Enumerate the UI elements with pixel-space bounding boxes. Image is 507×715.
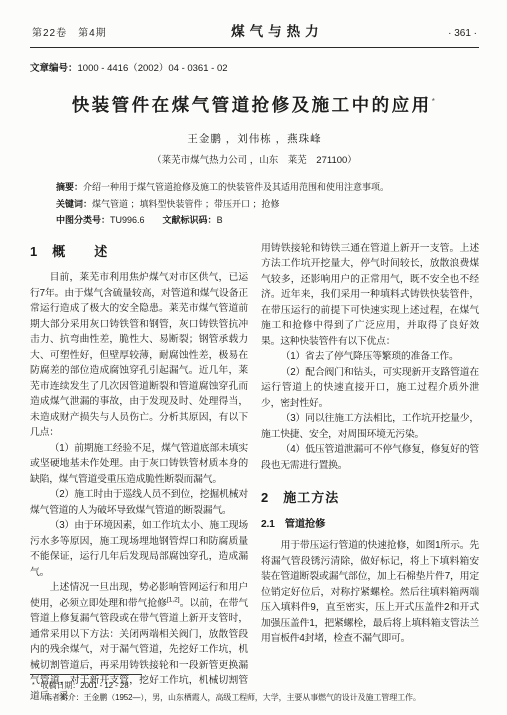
- footnote-divider: [30, 674, 142, 675]
- received-date-text: 收稿日期：2001 - 12 - 28: [41, 681, 129, 690]
- advantage-item-1: （1）省去了停气降压等繁琐的准备工作。: [261, 349, 479, 365]
- right-column: 用铸铁接轮和铸铁三通在管道上新开一支管。上述方法工作坑开挖量大，停气时间较长，放…: [261, 241, 479, 705]
- keywords-label: 关键词：: [56, 199, 92, 209]
- affiliation-line: （莱芜市煤气热力公司 ，山东 莱芜 271100）: [30, 152, 479, 166]
- doc-code-label: 文献标识码：: [163, 215, 217, 225]
- abstract-block: 摘要：介绍一种用于煤气管道抢修及施工的快装管件及其适用范围和使用注意事项。 关键…: [56, 179, 455, 229]
- journal-page: 第22卷 第4期 煤气与热力 · 361 · 文章编号：1000 - 4416（…: [0, 0, 507, 715]
- section-2-1-heading: 2.1 管道抢修: [261, 517, 479, 533]
- citation-mark: [1,2]: [167, 596, 180, 603]
- paragraph-cause-3: （3）由于环境因素，如工作坑太小、施工现场污水多等原因，施工现场埋地钢管焊口和防…: [30, 518, 248, 580]
- paragraph-cause-2: （2）施工时由于巡线人员不到位，挖掘机械对煤气管道的人为破坏导致煤气管道的断裂漏…: [30, 487, 248, 518]
- clc-value: TU996.6: [110, 215, 145, 225]
- left-column: 1 概 述 目前，莱芜市利用焦炉煤气对市区供气，已运行7年。由于煤气含硫量较高，…: [30, 241, 248, 705]
- section-2-heading: 2 施工方法: [261, 490, 479, 506]
- abstract-text: 介绍一种用于煤气管道抢修及施工的快装管件及其适用范围和使用注意事项。: [83, 182, 389, 192]
- page-number: · 361 ·: [448, 28, 477, 39]
- title-footnote-mark: *: [432, 97, 438, 106]
- paragraph-pipeline-repair: 用于带压运行管道的快速抢修，如图1所示。先将漏气管段锈污清除，做好标记，将上下填…: [261, 538, 479, 647]
- article-number-label: 文章编号：: [30, 63, 78, 74]
- classification-line: 中图分类号：TU996.6文献标识码：B: [56, 212, 455, 229]
- abstract-label: 摘要：: [56, 182, 83, 192]
- section-1-heading: 1 概 述: [30, 244, 248, 260]
- advantage-item-3: （3）同以往施工方法相比，工作坑开挖量少，施工快捷、安全，对周围环境无污染。: [261, 411, 479, 442]
- article-body: 1 概 述 目前，莱芜市利用焦炉煤气对市区供气，已运行7年。由于煤气含硫量较高，…: [30, 241, 479, 705]
- abstract-line: 摘要：介绍一种用于煤气管道抢修及施工的快装管件及其适用范围和使用注意事项。: [56, 179, 455, 196]
- journal-header: 第22卷 第4期 煤气与热力 · 361 ·: [30, 16, 479, 48]
- journal-title: 煤气与热力: [231, 20, 324, 40]
- article-number-value: 1000 - 4416（2002）04 - 0361 - 02: [78, 63, 228, 74]
- article-title-text: 快装管件在煤气管道抢修及施工中的应用: [72, 95, 432, 115]
- paragraph-overview-1: 目前，莱芜市利用焦炉煤气对市区供气，已运行7年。由于煤气含硫量较高，对管道和煤气…: [30, 270, 248, 441]
- footnote-received-date: *收稿日期：2001 - 12 - 28: [30, 680, 470, 692]
- footnote-asterisk: *: [32, 682, 35, 689]
- paragraph-cause-1: （1）前期施工经验不足，煤气管道底部未填实或坚硬地基未作处理。由于灰口铸铁管材质…: [30, 441, 248, 488]
- article-title: 快装管件在煤气管道抢修及施工中的应用*: [30, 92, 479, 117]
- footnote-author-bio: 作者简介：王金鹏（1952—），男，山东栖霞人，高级工程师，大学，主要从事燃气的…: [30, 692, 470, 704]
- keywords-text: 煤气管道 ；填料型快装管件 ；带压开口 ；抢修: [92, 199, 280, 209]
- volume-issue: 第22卷 第4期: [32, 24, 107, 39]
- clc-label: 中图分类号：: [56, 215, 110, 225]
- keywords-line: 关键词：煤气管道 ；填料型快装管件 ；带压开口 ；抢修: [56, 196, 455, 213]
- advantage-item-2: （2）配合阀门和钻头，可实现新开支路管道在运行管道上的快速直接开口，施工过程介质…: [261, 365, 479, 412]
- advantage-item-4: （4）低压管道泄漏可不停气修复，修复好的管段也无需进行置换。: [261, 442, 479, 473]
- doc-code-value: B: [217, 215, 223, 225]
- paragraph-old-method-continued: 用铸铁接轮和铸铁三通在管道上新开一支管。上述方法工作坑开挖量大，停气时间较长，放…: [261, 241, 479, 350]
- footnote: *收稿日期：2001 - 12 - 28 作者简介：王金鹏（1952—），男，山…: [30, 674, 470, 703]
- article-number-line: 文章编号：1000 - 4416（2002）04 - 0361 - 02: [30, 60, 479, 74]
- authors-line: 王金鹏 ，刘伟栋 ，燕珠峰: [30, 131, 479, 146]
